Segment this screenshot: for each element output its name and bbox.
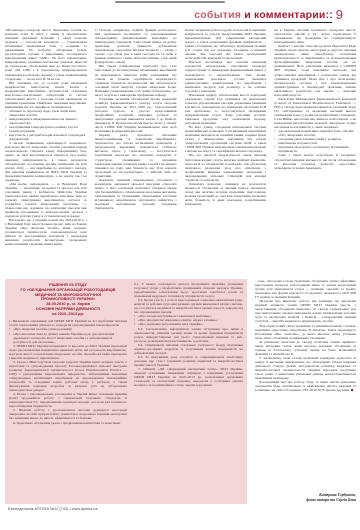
bullet-item: підтримка експортного потенціалу вітчизн… (274, 145, 356, 153)
resolution-item: 6.5. За підсумками року готувати та опри… (134, 355, 243, 367)
lower-section: РІШЕННЯ VII З'ЇЗДУ ГО «ОБ'ЄДНАННЯ ОРГАНІ… (5, 279, 356, 504)
paragraph: …кою, наголосив голова правління, об'єдн… (255, 279, 356, 299)
paragraph: Кожне засідання робочої групи, наголосив… (185, 28, 267, 60)
paragraph: Начальник відділу забезпечення якості ко… (185, 93, 267, 125)
resolution-item: 6. Правлінню об'єднання разом з профільн… (9, 421, 127, 425)
author-signature: Катерина Горбунова, фото автора та Сергі… (306, 493, 356, 503)
paragraph: Документ, зауважив співдоповідач, узгодж… (95, 178, 177, 210)
paragraph: Докладніший звіт про роботу з'їзду та по… (255, 380, 356, 392)
resolution-item: 6.3. Систематично інформувати членів об'… (134, 327, 243, 343)
column-4: ня в Україні системи належного контролю … (274, 28, 356, 277)
paragraph: З'їзд обрав новий склад правління та рев… (255, 324, 356, 340)
paragraph: За рішенням делегатів до складу почесних… (255, 340, 356, 356)
bullet-item: створення умов для інвестицій у розвиток… (274, 137, 356, 145)
paragraph: З метою підвищення ефективності державно… (5, 141, 87, 181)
resolution-item: 6.4. Опрацювати питання створення галузе… (134, 343, 243, 355)
header-rule (60, 22, 332, 23)
resolution-item: 3. Разом з Міністерством охорони здоров'… (9, 360, 127, 392)
paragraph: Окрему увагу приділено питанням імпортоз… (95, 133, 177, 178)
paragraph: Він також поінформував присутніх про ста… (95, 64, 177, 96)
cropped-rule-remnant (115, 1, 225, 3)
paragraph: У заключному слові голова правління подя… (255, 356, 356, 380)
article-columns: «Насамперед контроль якості лікарських з… (5, 28, 356, 277)
paragraph: Під час дискусії порушувалося також пита… (185, 153, 267, 181)
bullet-item: обізнаність персоналу щодо умов зберіган… (5, 109, 87, 117)
resolution-item: 6.1. У межах соціального діалогу продовж… (134, 282, 243, 298)
column-1: «Насамперед контроль якості лікарських з… (5, 28, 87, 277)
resolution-item: 5. Визнати роботу з удосконалення систем… (9, 408, 127, 420)
paragraph-with-endmark: Докладніший звіт про роботу з'їзду та по… (255, 380, 356, 392)
resolution-item: 6.2. Брати участь у роботі тристоронньої… (134, 298, 243, 314)
resolution-item: 1. Визначити основними для ОРМП МГП Укра… (9, 319, 127, 327)
paragraph: ня в Україні системи належного контролю … (274, 28, 356, 44)
page-footer: Еженедельник АПТЕКА №22 (743) • www.apte… (8, 507, 98, 511)
newspaper-page: события и комментарии:: 9 «Насамперед ко… (0, 0, 360, 530)
column-4-continued: …кою, наголосив голова правління, об'єдн… (255, 279, 356, 504)
paragraph: Доповідач докладно спинився на результат… (185, 182, 267, 206)
paragraph: Нагадаємо, що у рішенні колегії від 28.0… (5, 218, 87, 246)
page-number: 9 (336, 7, 343, 22)
section-header-light: события (194, 9, 241, 21)
paragraph: Він зауважив, що за останні роки вітчизн… (5, 81, 87, 109)
section-header-separator: :: (326, 9, 333, 21)
bullet-item: невідповідність маркування вимогам чинно… (5, 117, 87, 125)
resolution-box-column-b: 6.1. У межах соціального діалогу продовж… (134, 282, 243, 501)
paragraph: У Польщі, наприклад, подібні функції роз… (95, 28, 177, 64)
photo-credit: фото автора та Сергія Бека (306, 498, 356, 503)
end-of-article-icon (351, 389, 354, 392)
resolution-item: 7. Обіцяти «ДП «Державний експертний цен… (134, 367, 243, 387)
resolution-item: 2. ОРМП МГП України направляти та вносит… (9, 344, 127, 360)
resolution-heading-line: на 2010–2013 рр. (9, 312, 127, 317)
paragraph: Член Ради Міжнародної фармацевтичної фед… (274, 97, 356, 129)
paragraph: Комітет з питань охорони здоров'я Верхов… (274, 44, 356, 97)
paragraph: «Ми маємо запровадити, — за Верховної Ра… (5, 182, 87, 218)
resolution-item: 4. Разом з упровадженням узгоджених в Ук… (9, 392, 127, 408)
bullet-item: відсутність у дистриб'юторів належної су… (5, 133, 87, 141)
paragraph: Йдеться насамперед про взаємне визнання … (185, 60, 267, 92)
paragraph: Учасники засідання обговорили проєкт кон… (95, 97, 177, 133)
section-header-bold: и комментарии (241, 9, 326, 21)
paragraph: На його думку, створення національної си… (185, 125, 267, 153)
column-2: У Польщі, наприклад, подібні функції роз… (95, 28, 177, 277)
bullet-item: недотримання температурного режиму під ч… (5, 125, 87, 133)
section-header: события и комментарии:: (194, 9, 333, 21)
resolution-heading: РІШЕННЯ VII З'ЇЗДУ ГО «ОБ'ЄДНАННЯ ОРГАНІ… (9, 283, 127, 316)
paragraph: Звітуючи про виконану роботу, він зазнач… (255, 299, 356, 323)
bullet-item: «Про внесення змін до деяких законів Укр… (9, 332, 127, 344)
paragraph: «Насамперед контроль якості лікарських з… (5, 28, 87, 81)
resolution-box: РІШЕННЯ VII З'ЇЗДУ ГО «ОБ'ЄДНАННЯ ОРГАНІ… (5, 279, 247, 504)
column-3: Кожне засідання робочої групи, наголосив… (185, 28, 267, 277)
bullet-item: удосконалення нормативно-правової бази з… (274, 129, 356, 137)
resolution-box-column-a: РІШЕННЯ VII З'ЇЗДУ ГО «ОБ'ЄДНАННЯ ОРГАНІ… (9, 282, 127, 501)
bullet-item: «Про державне регулювання цін і тарифів»… (134, 322, 243, 326)
paragraph: Саме з такою метою розроблено й узгоджен… (274, 153, 356, 169)
